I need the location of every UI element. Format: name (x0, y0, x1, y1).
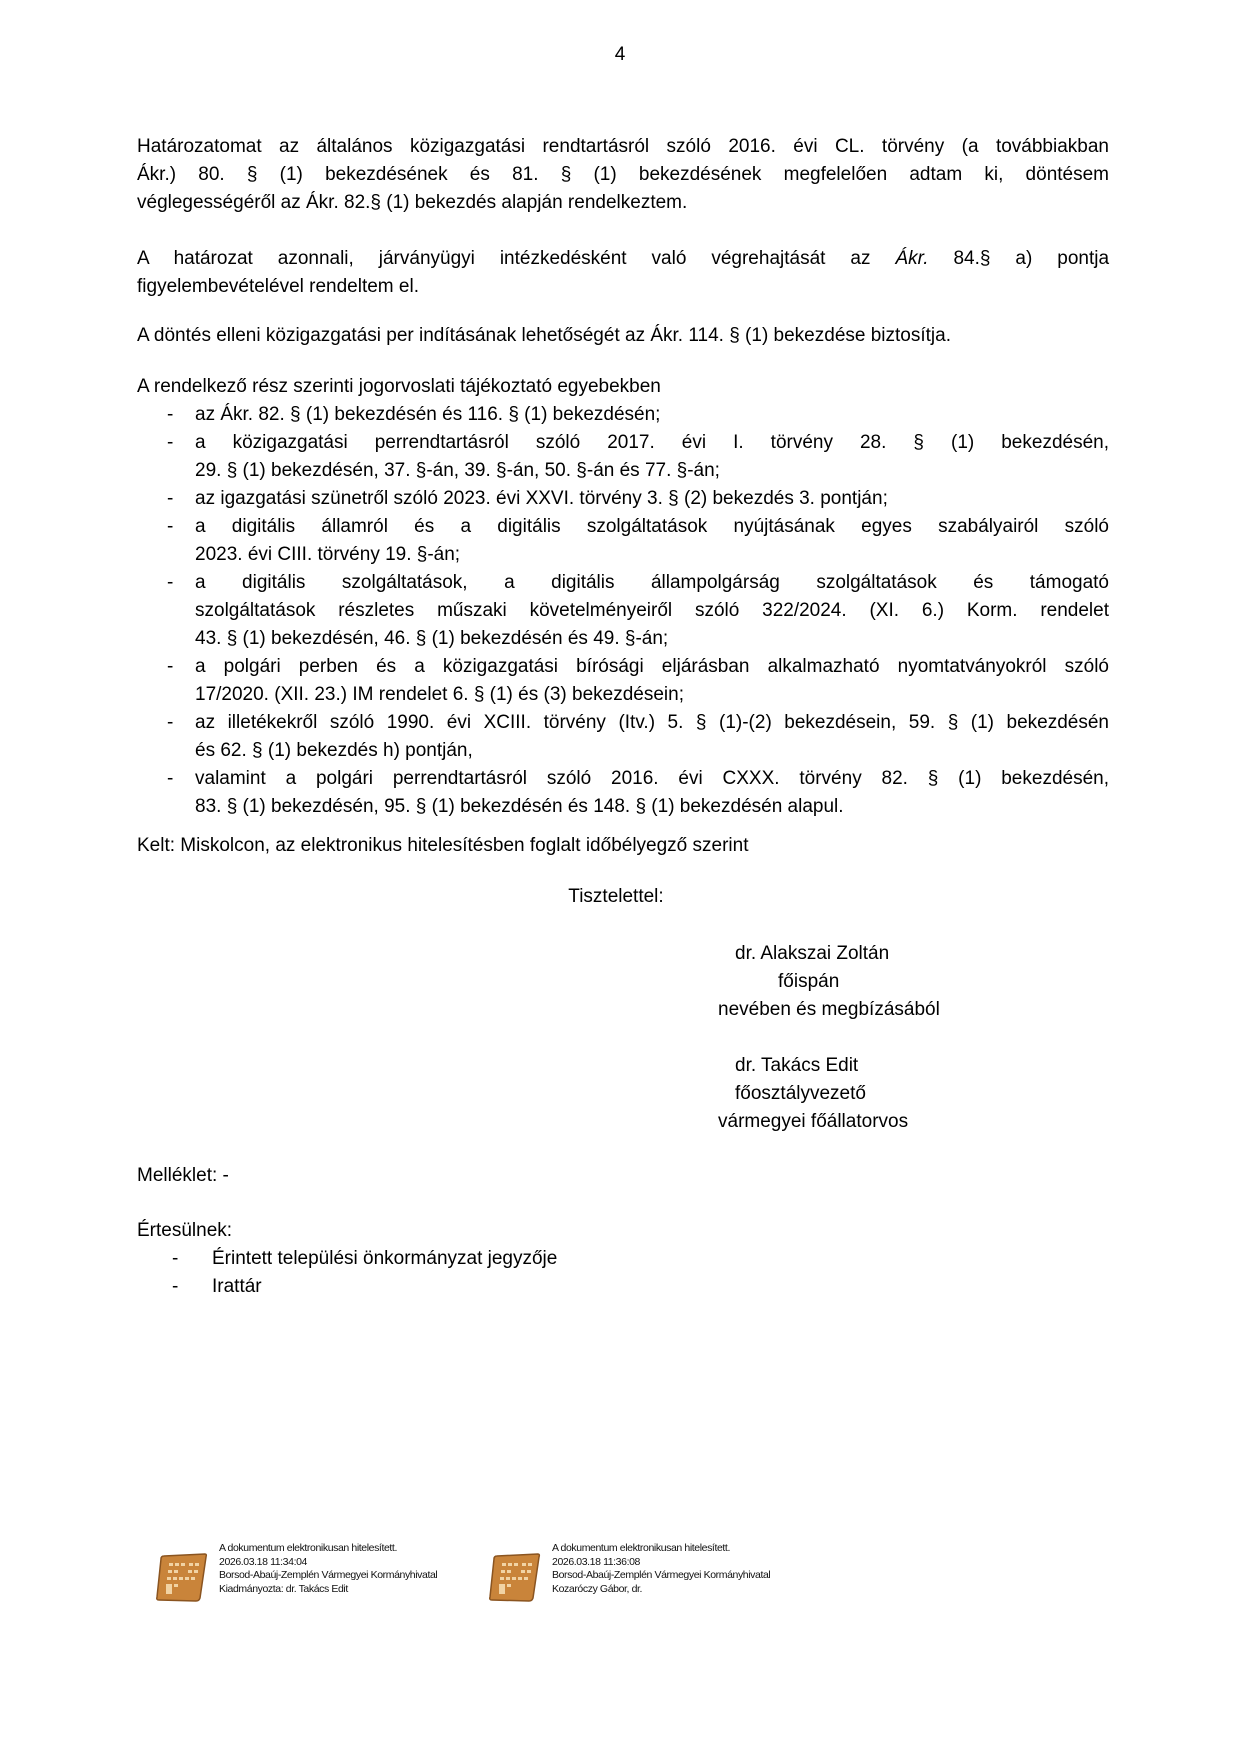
paragraph-immediate-enforcement: A határozat azonnali, járványügyi intézk… (137, 245, 1109, 301)
italic-akr: Ákr. (895, 248, 928, 269)
dash-bullet: - (167, 765, 173, 793)
legal-basis-item: -valamint a polgári perrendtartásról szó… (137, 765, 1109, 821)
dash-bullet: - (172, 1245, 178, 1273)
dash-bullet: - (167, 653, 173, 681)
legal-basis-item: -a polgári perben és a közigazgatási bír… (137, 653, 1109, 709)
spacer (720, 1024, 940, 1052)
closing-salutation: Tisztelettel: (0, 886, 1232, 908)
legal-basis-line: a digitális szolgáltatások, a digitális … (195, 569, 1109, 597)
text: A határozat azonnali, járványügyi intézk… (137, 248, 870, 269)
recipient-item: -Irattár (137, 1273, 1109, 1301)
signer-name-1: dr. Alakszai Zoltán (720, 940, 940, 968)
paragraph-line: Ákr.) 80. § (1) bekezdésének és 81. § (1… (137, 161, 1109, 189)
stamp-office: Borsod-Abaúj-Zemplén Vármegyei Kormányhi… (219, 1569, 437, 1583)
legal-basis-item: -az Ákr. 82. § (1) bekezdésén és 116. § … (137, 401, 1109, 429)
paragraph-line: A határozat azonnali, járványügyi intézk… (137, 245, 1109, 273)
on-behalf-text: nevében és megbízásából (718, 996, 940, 1024)
legal-basis-item: -az igazgatási szünetről szóló 2023. évi… (137, 485, 1109, 513)
legal-basis-item: -az illetékekről szóló 1990. évi XCIII. … (137, 709, 1109, 765)
page-number: 4 (0, 44, 1240, 66)
legal-basis-line: a polgári perben és a közigazgatási bíró… (195, 653, 1109, 681)
e-signature-stamp-2: A dokumentum elektronikusan hitelesített… (488, 1542, 770, 1610)
legal-basis-line: és 62. § (1) bekezdés h) pontján, (195, 737, 1109, 765)
legal-basis-item: -a közigazgatási perrendtartásról szóló … (137, 429, 1109, 485)
legal-basis-line: szolgáltatások részletes műszaki követel… (195, 597, 1109, 625)
recipient-text: Irattár (212, 1276, 262, 1297)
paragraph-legal-basis-decision: Határozatomat az általános közigazgatási… (137, 133, 1109, 217)
legal-basis-item: -a digitális államról és a digitális szo… (137, 513, 1109, 569)
e-signature-stamp-1: A dokumentum elektronikusan hitelesített… (155, 1542, 437, 1610)
dash-bullet: - (167, 709, 173, 737)
signer-name-2: dr. Takács Edit (720, 1052, 940, 1080)
legal-basis-line: 29. § (1) bekezdésén, 37. §-án, 39. §-án… (195, 457, 1109, 485)
stamp-signer: Kozaróczy Gábor, dr. (552, 1583, 770, 1597)
attachment-line: Melléklet: - (137, 1162, 1109, 1190)
recipients-label: Értesülnek: (137, 1217, 1109, 1245)
stamp-office: Borsod-Abaúj-Zemplén Vármegyei Kormányhi… (552, 1569, 770, 1583)
recipients-list: -Érintett települési önkormányzat jegyző… (137, 1245, 1109, 1301)
legal-basis-line: az igazgatási szünetről szóló 2023. évi … (195, 485, 1109, 513)
legal-basis-line: 43. § (1) bekezdésén, 46. § (1) bekezdés… (195, 625, 1109, 653)
legal-basis-line: 17/2020. (XII. 23.) IM rendelet 6. § (1)… (195, 681, 1109, 709)
recipient-item: -Érintett települési önkormányzat jegyző… (137, 1245, 1109, 1273)
dash-bullet: - (167, 401, 173, 429)
legal-basis-section: A rendelkező rész szerinti jogorvoslati … (137, 373, 1109, 821)
dash-bullet: - (167, 429, 173, 457)
stamp-line: A dokumentum elektronikusan hitelesített… (219, 1542, 437, 1556)
signer-title-2: főosztályvezető (720, 1080, 940, 1108)
legal-basis-line: 2023. évi CIII. törvény 19. §-án; (195, 541, 1109, 569)
stamp-signer: Kiadmányozta: dr. Takács Edit (219, 1583, 437, 1597)
dated-line: Kelt: Miskolcon, az elektronikus hiteles… (137, 832, 1109, 860)
legal-basis-line: a digitális államról és a digitális szol… (195, 513, 1109, 541)
legal-basis-list: -az Ákr. 82. § (1) bekezdésén és 116. § … (137, 401, 1109, 821)
legal-basis-line: 83. § (1) bekezdésén, 95. § (1) bekezdés… (195, 793, 1109, 821)
dash-bullet: - (167, 569, 173, 597)
signature-block: dr. Alakszai Zoltán főispán nevében és m… (720, 940, 940, 1136)
legal-basis-line: valamint a polgári perrendtartásról szól… (195, 765, 1109, 793)
recipient-text: Érintett települési önkormányzat jegyzőj… (212, 1248, 557, 1269)
stamp-line: A dokumentum elektronikusan hitelesített… (552, 1542, 770, 1556)
e-signature-badge-icon (155, 1550, 209, 1604)
recipients-section: Értesülnek: -Érintett települési önkormá… (137, 1217, 1109, 1301)
paragraph-line: Határozatomat az általános közigazgatási… (137, 133, 1109, 161)
paragraph-line: figyelembevételével rendeltem el. (137, 276, 419, 297)
legal-basis-intro: A rendelkező rész szerinti jogorvoslati … (137, 373, 1109, 401)
stamp-timestamp: 2026.03.18 11:36:08 (552, 1556, 770, 1570)
dash-bullet: - (172, 1273, 178, 1301)
paragraph-lawsuit: A döntés elleni közigazgatási per indítá… (137, 322, 1109, 350)
signer-title-3: vármegyei főállatorvos (718, 1108, 940, 1136)
text: 84.§ a) pontja (953, 248, 1109, 269)
legal-basis-line: a közigazgatási perrendtartásról szóló 2… (195, 429, 1109, 457)
stamp-timestamp: 2026.03.18 11:34:04 (219, 1556, 437, 1570)
dash-bullet: - (167, 485, 173, 513)
paragraph-line: véglegességéről az Ákr. 82.§ (1) bekezdé… (137, 192, 687, 213)
legal-basis-item: -a digitális szolgáltatások, a digitális… (137, 569, 1109, 653)
dash-bullet: - (167, 513, 173, 541)
e-signature-badge-icon (488, 1550, 542, 1604)
legal-basis-line: az Ákr. 82. § (1) bekezdésén és 116. § (… (195, 401, 1109, 429)
signer-title-1: főispán (720, 968, 940, 996)
legal-basis-line: az illetékekről szóló 1990. évi XCIII. t… (195, 709, 1109, 737)
